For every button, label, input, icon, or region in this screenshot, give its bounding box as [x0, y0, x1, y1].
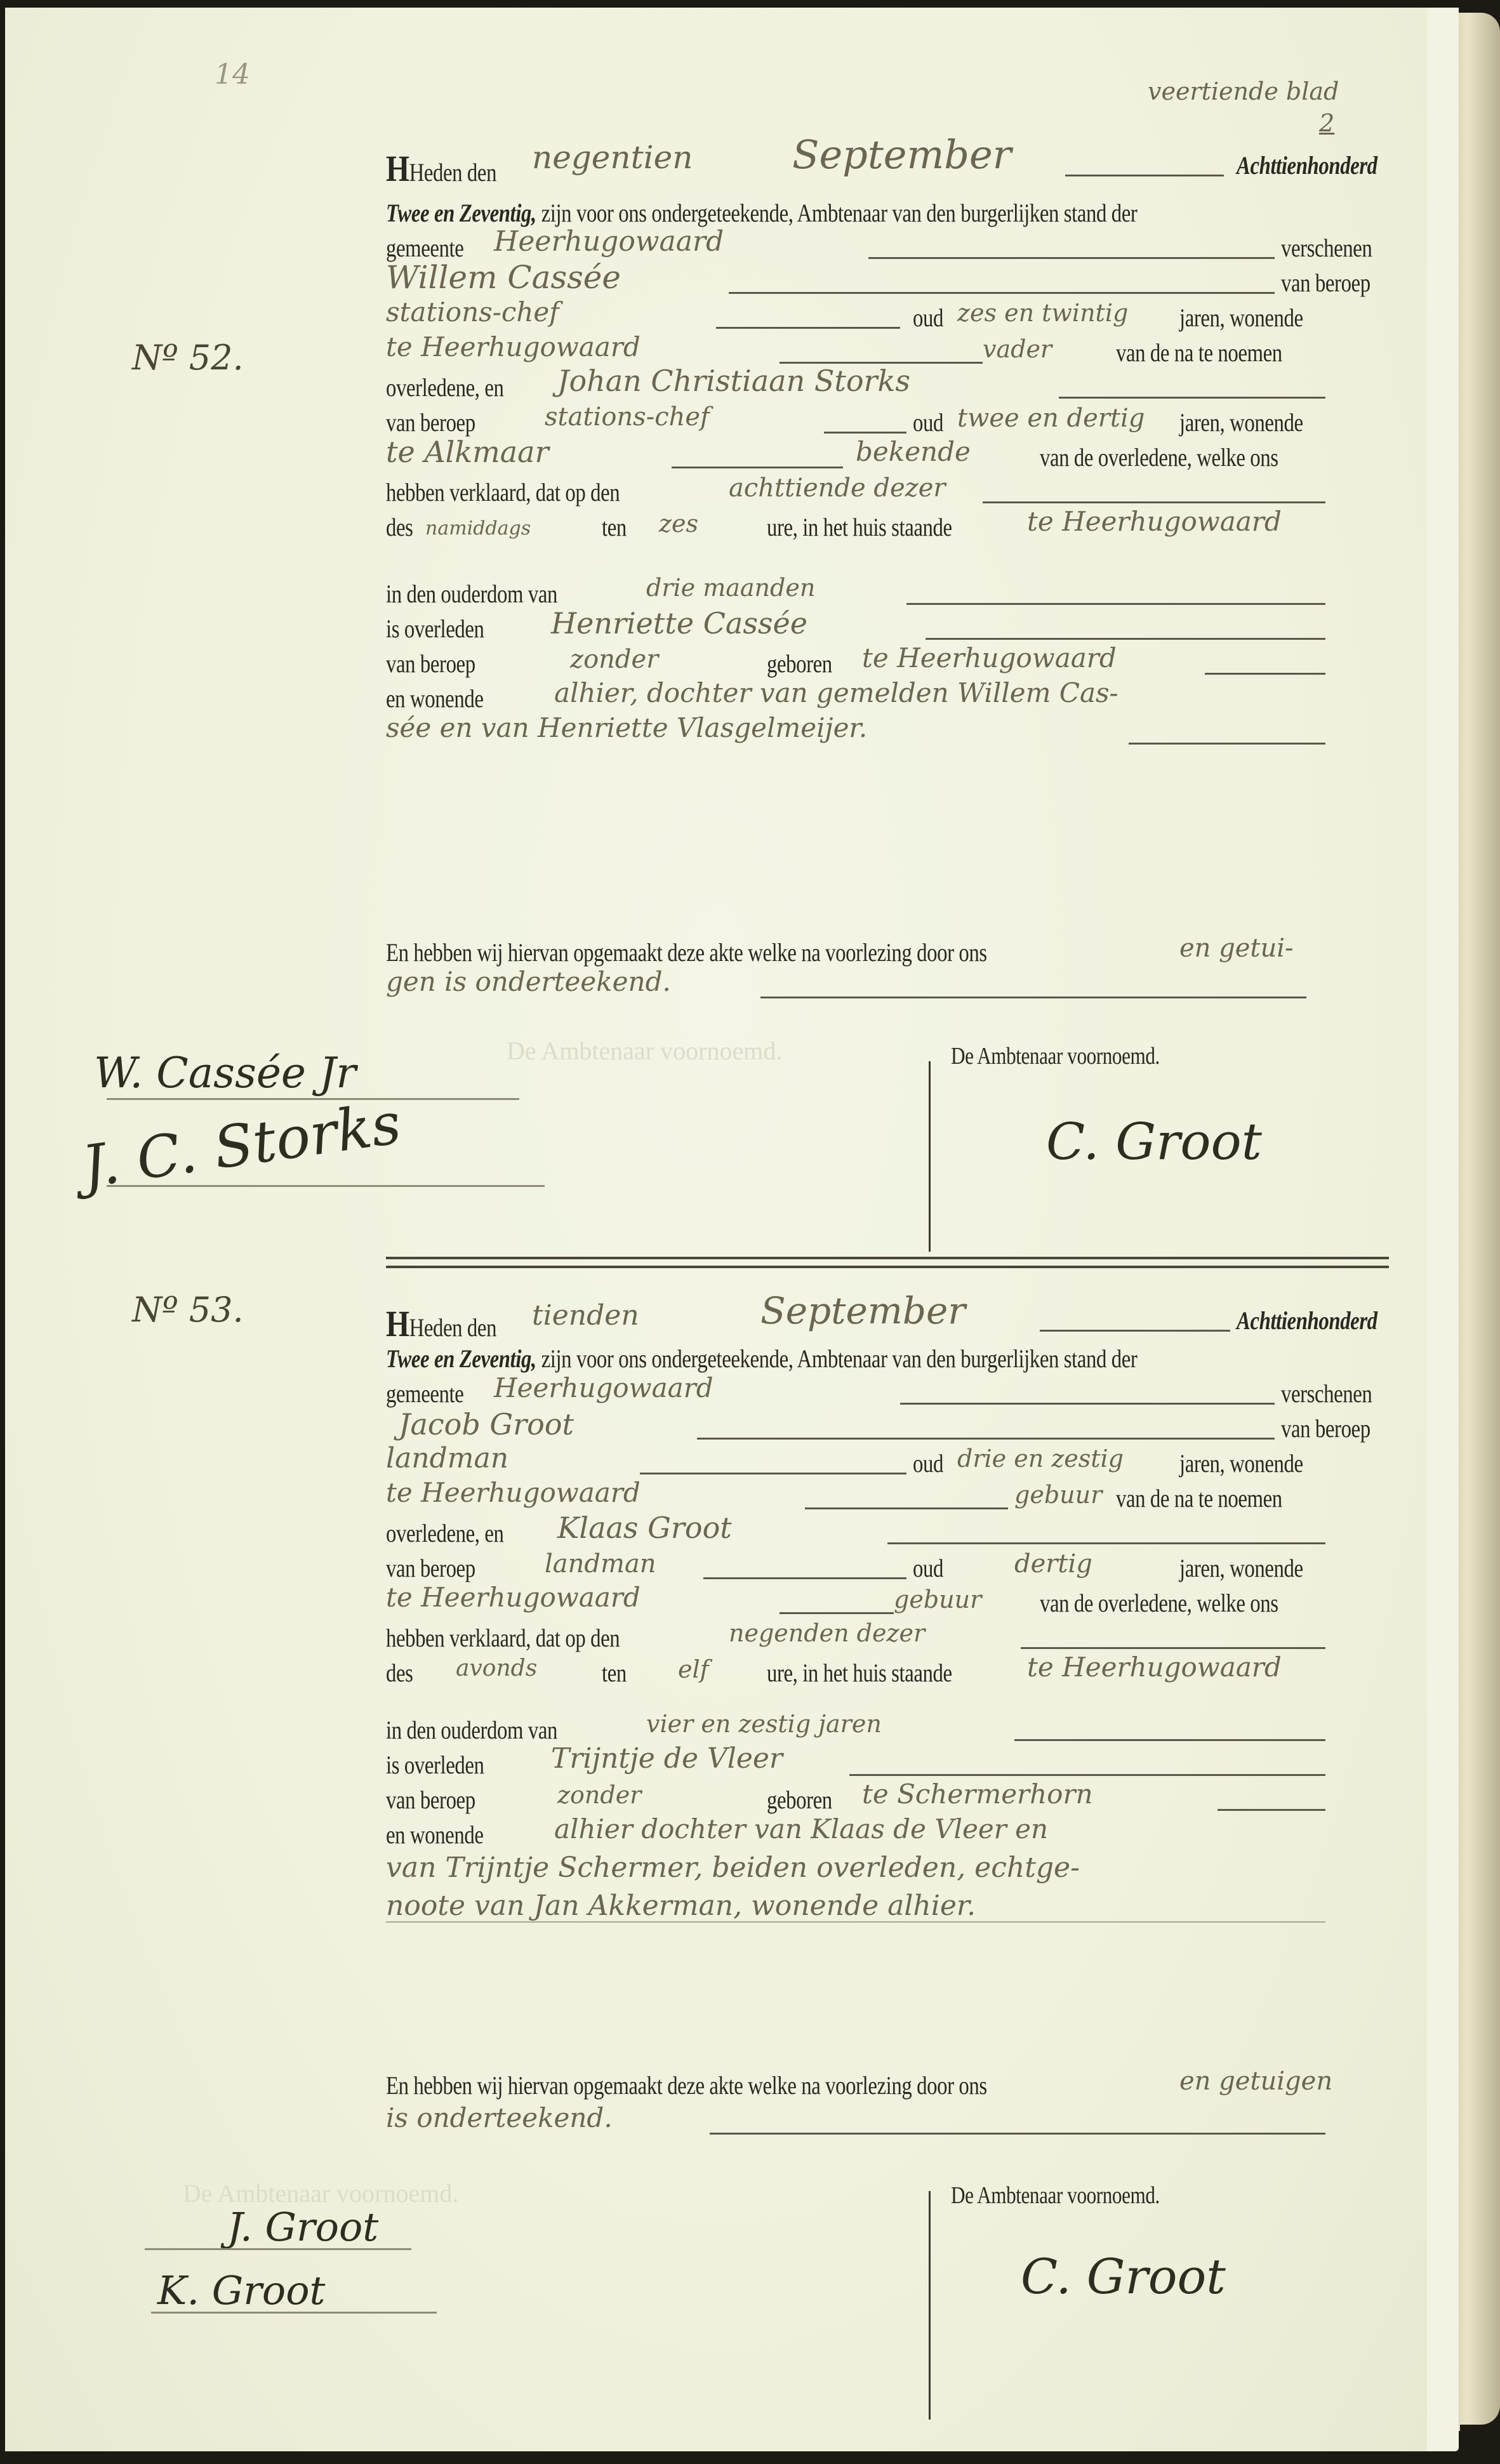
act53-declarant1-age: drie en zestig — [957, 1445, 1124, 1473]
act53-signature-brace — [929, 2191, 931, 2420]
act53-place: te Heerhugowaard — [1027, 1652, 1282, 1683]
act52-closing-hand-a: en getui- — [1179, 934, 1294, 963]
act52-signature-brace — [929, 1061, 931, 1252]
act52-residence-line2: sée en van Henriette Vlasgelmeijer. — [386, 712, 867, 743]
act53-deceased-occupation: zonder — [557, 1781, 641, 1809]
act52-time-of-day: namiddags — [425, 517, 531, 540]
act52-deceased-occupation: zonder — [570, 645, 658, 674]
act53-signature-2: K. Groot — [157, 2267, 325, 2314]
act52-line2: Twee en Zeventig, zijn voor ons onderget… — [386, 198, 1137, 228]
paper-sheet: 14 veertiende blad 2 Nº 52. HHeden den n… — [5, 8, 1427, 2451]
act52-declarant2-name: Johan Christiaan Storks — [557, 364, 910, 398]
act53-deceased-age: vier en zestig jaren — [646, 1710, 882, 1738]
act52-line-date: HHeden den negentien September Achttienh… — [386, 150, 1389, 182]
act52-deceased-age: drie maanden — [646, 574, 815, 602]
act53-declarant2-name: Klaas Groot — [557, 1511, 732, 1545]
act52-born: te Heerhugowaard — [862, 642, 1117, 673]
act53-date-day: tienden — [532, 1299, 639, 1332]
act52-deceased-name: Henriette Cassée — [551, 606, 807, 640]
act53-declarant1-occupation: landman — [386, 1442, 508, 1474]
pencil-page-mark: 14 — [215, 58, 250, 91]
act52-declarant1-relation: vader — [983, 335, 1052, 363]
act52-declarant1-residence: te Heerhugowaard — [386, 331, 640, 362]
register-page: 14 veertiende blad 2 Nº 52. HHeden den n… — [5, 8, 1459, 2451]
act52-declarant2-age: twee en dertig — [957, 404, 1145, 433]
bleed-through-text: De Ambtenaar voornoemd. — [507, 1036, 782, 1066]
act-number-53: Nº 53. — [132, 1290, 244, 1330]
act53-declarant2-relation: gebuur — [894, 1586, 981, 1613]
act52-declarant2-relation: bekende — [856, 436, 971, 467]
act52-death-day: achttiende dezer — [729, 474, 946, 503]
corner-folio-number: 2 — [1319, 109, 1334, 137]
act52-hour: zes — [659, 510, 698, 538]
act53-residence-line1: alhier dochter van Klaas de Vleer en — [554, 1813, 1048, 1845]
act53-signature-1: J. Groot — [227, 2204, 378, 2250]
corner-folio-note: veertiende blad — [1148, 77, 1339, 105]
act53-residence-line3: noote van Jan Akkerman, wonende alhier. — [386, 1890, 976, 1922]
act52-date-month: September — [792, 131, 1011, 178]
act53-time-of-day: avonds — [456, 1655, 537, 1681]
act53-declarant2-occupation: landman — [545, 1549, 656, 1579]
act53-declarant1-residence: te Heerhugowaard — [386, 1477, 640, 1508]
act53-hour: elf — [678, 1655, 709, 1683]
act53-ambtenaar-label: De Ambtenaar voornoemd. — [951, 2182, 1160, 2209]
act52-signature-2: J. C. Storks — [78, 1090, 405, 1200]
act-separator — [386, 1257, 1389, 1268]
act52-declarant1-age: zes en twintig — [957, 299, 1128, 327]
act52-date-day: negentien — [532, 139, 693, 176]
act53-declarant2-age: dertig — [1014, 1549, 1092, 1579]
act52-closing: En hebben wij hiervan opgemaakt deze akt… — [386, 937, 987, 967]
act52-official-signature: C. Groot — [1046, 1112, 1262, 1171]
act-number-52: Nº 52. — [132, 338, 244, 378]
act52-place: te Heerhugowaard — [1027, 506, 1282, 537]
act53-declarant1-relation: gebuur — [1014, 1481, 1102, 1509]
act52-declarant1-occupation: stations-chef — [386, 296, 559, 328]
act53-declarant1-name: Jacob Groot — [399, 1407, 574, 1441]
act52-declarant1-name: Willem Cassée — [386, 259, 621, 296]
act52-declarant2-residence: te Alkmaar — [386, 435, 549, 469]
act53-official-signature: C. Groot — [1021, 2248, 1226, 2305]
act53-declarant2-residence: te Heerhugowaard — [386, 1582, 640, 1613]
act53-death-day: negenden dezer — [729, 1619, 925, 1647]
act53-line2: Twee en Zeventig, zijn voor ons onderget… — [386, 1344, 1137, 1374]
act52-ambtenaar-label: De Ambtenaar voornoemd. — [951, 1042, 1160, 1070]
act52-gemeente: Heerhugowaard — [494, 225, 724, 258]
act53-gemeente: Heerhugowaard — [494, 1372, 713, 1403]
act53-closing-hand-b: is onderteekend. — [386, 2102, 613, 2133]
act53-deceased-name: Trijntje de Vleer — [551, 1742, 783, 1775]
act53-closing-hand-a: en getuigen — [1179, 2067, 1332, 2096]
act52-closing-hand-b: gen is onderteekend. — [386, 966, 671, 997]
act53-closing: En hebben wij hiervan opgemaakt deze akt… — [386, 2070, 987, 2100]
act53-born: te Schermerhorn — [862, 1778, 1093, 1810]
act52-signature-1: W. Cassée Jr — [94, 1049, 356, 1097]
act53-date-month: September — [760, 1289, 966, 1332]
act53-residence-line2: van Trijntje Schermer, beiden overleden,… — [386, 1851, 1080, 1884]
act52-residence-line1: alhier, dochter van gemelden Willem Cas- — [554, 677, 1118, 708]
act52-declarant2-occupation: stations-chef — [545, 402, 710, 432]
